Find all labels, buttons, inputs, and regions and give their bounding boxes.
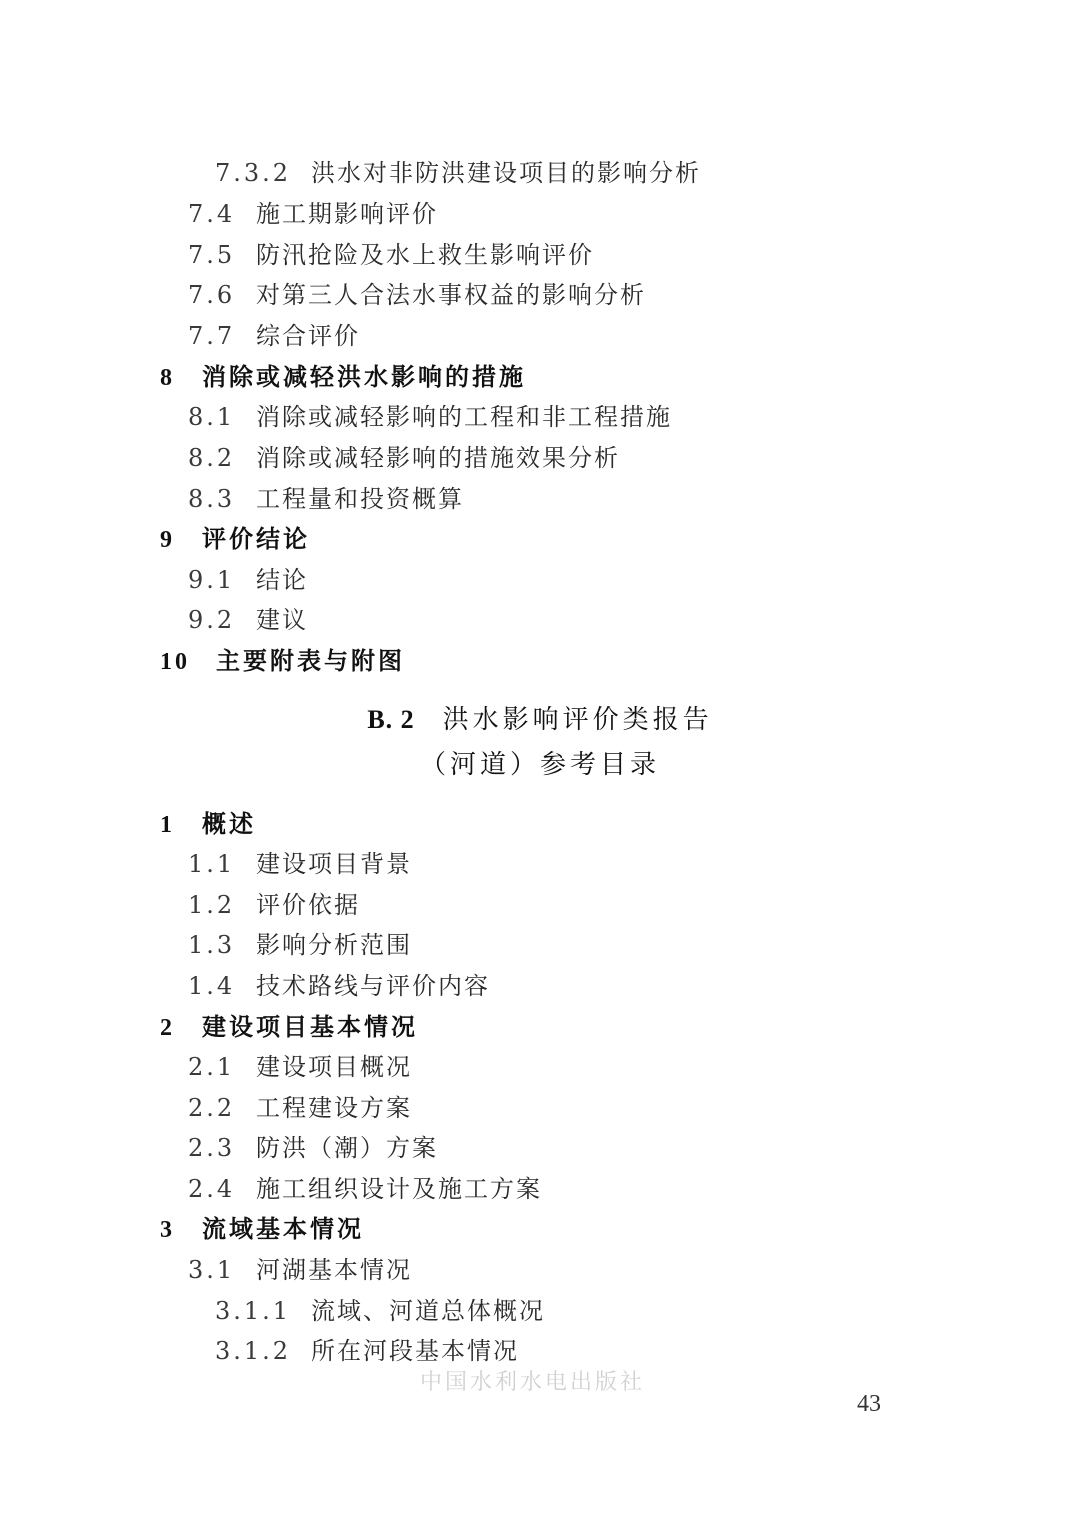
toc-number: 1: [160, 810, 202, 840]
toc-number: 2.1: [188, 1052, 256, 1082]
toc-chapter: 8消除或减轻洪水影响的措施: [160, 362, 526, 393]
toc-entry: 9.1结论: [188, 565, 308, 595]
toc-entry: 8.2消除或减轻影响的措施效果分析: [188, 443, 620, 473]
toc-entry: 1.2评价依据: [188, 890, 360, 920]
toc-text: 施工组织设计及施工方案: [256, 1175, 542, 1203]
publisher-watermark: 中国水利水电出版社: [420, 1365, 645, 1396]
toc-text: 流域基本情况: [202, 1215, 364, 1243]
toc-entry: 3.1.2所在河段基本情况: [215, 1336, 519, 1366]
toc-entry: 9.2建议: [188, 605, 308, 635]
toc-entry: 3.1河湖基本情况: [188, 1255, 412, 1285]
toc-entry: 7.5防汛抢险及水上救生影响评价: [188, 240, 594, 270]
toc-number: 8.1: [188, 402, 256, 432]
toc-entry: 7.6对第三人合法水事权益的影响分析: [188, 280, 646, 310]
toc-number: 2.3: [188, 1133, 256, 1163]
toc-entry: 8.3工程量和投资概算: [188, 484, 464, 514]
toc-entry: 2.3防洪（潮）方案: [188, 1133, 438, 1163]
toc-text: 建设项目基本情况: [202, 1013, 418, 1041]
toc-text: 综合评价: [256, 322, 360, 350]
section-label: B. 2: [367, 705, 414, 734]
toc-entry: 1.3影响分析范围: [188, 930, 412, 960]
toc-entry: 1.4技术路线与评价内容: [188, 971, 490, 1001]
toc-text: 建设项目背景: [256, 850, 412, 878]
toc-text: 概述: [202, 810, 256, 838]
toc-entry: 3.1.1流域、河道总体概况: [215, 1296, 545, 1326]
toc-text: 所在河段基本情况: [311, 1337, 519, 1365]
toc-text: 防汛抢险及水上救生影响评价: [256, 241, 594, 269]
toc-number: 2.4: [188, 1174, 256, 1204]
toc-chapter: 2建设项目基本情况: [160, 1012, 418, 1043]
toc-text: 工程量和投资概算: [256, 485, 464, 513]
toc-text: 建设项目概况: [256, 1053, 412, 1081]
toc-number: 10: [160, 647, 216, 677]
section-title-line2: （河道）参考目录: [0, 748, 1080, 782]
toc-text: 工程建设方案: [256, 1094, 412, 1122]
toc-text: 评价结论: [202, 525, 310, 553]
section-title-line1: B. 2洪水影响评价类报告: [0, 703, 1080, 737]
toc-number: 1.2: [188, 890, 256, 920]
toc-number: 2.2: [188, 1093, 256, 1123]
toc-number: 1.3: [188, 930, 256, 960]
toc-entry: 1.1建设项目背景: [188, 849, 412, 879]
toc-entry: 7.3.2洪水对非防洪建设项目的影响分析: [215, 158, 701, 188]
toc-text: 技术路线与评价内容: [256, 972, 490, 1000]
toc-text: 主要附表与附图: [216, 647, 405, 675]
toc-number: 3.1: [188, 1255, 256, 1285]
toc-entry: 7.7综合评价: [188, 321, 360, 351]
toc-text: 消除或减轻洪水影响的措施: [202, 363, 526, 391]
toc-text: 评价依据: [256, 891, 360, 919]
toc-number: 8: [160, 363, 202, 393]
toc-number: 1.1: [188, 849, 256, 879]
section-title-text: 洪水影响评价类报告: [443, 705, 713, 735]
toc-number: 3.1.2: [215, 1336, 311, 1366]
toc-entry: 2.1建设项目概况: [188, 1052, 412, 1082]
toc-number: 7.4: [188, 199, 256, 229]
toc-entry: 7.4施工期影响评价: [188, 199, 438, 229]
toc-number: 1.4: [188, 971, 256, 1001]
toc-chapter: 9评价结论: [160, 524, 310, 555]
toc-chapter: 10主要附表与附图: [160, 646, 405, 677]
toc-entry: 8.1消除或减轻影响的工程和非工程措施: [188, 402, 672, 432]
toc-text: 消除或减轻影响的措施效果分析: [256, 444, 620, 472]
toc-text: 洪水对非防洪建设项目的影响分析: [311, 159, 701, 187]
toc-number: 9: [160, 525, 202, 555]
toc-entry: 2.4施工组织设计及施工方案: [188, 1174, 542, 1204]
page-number: 43: [857, 1391, 881, 1418]
toc-number: 3: [160, 1215, 202, 1245]
toc-number: 3.1.1: [215, 1296, 311, 1326]
toc-number: 7.3.2: [215, 158, 311, 188]
toc-chapter: 3流域基本情况: [160, 1214, 364, 1245]
toc-number: 2: [160, 1013, 202, 1043]
toc-text: 河湖基本情况: [256, 1256, 412, 1284]
toc-text: 防洪（潮）方案: [256, 1134, 438, 1162]
toc-number: 7.7: [188, 321, 256, 351]
toc-chapter: 1概述: [160, 809, 256, 840]
toc-number: 8.2: [188, 443, 256, 473]
toc-number: 8.3: [188, 484, 256, 514]
toc-text: 结论: [256, 566, 308, 594]
toc-number: 9.2: [188, 605, 256, 635]
toc-number: 7.6: [188, 280, 256, 310]
toc-text: 消除或减轻影响的工程和非工程措施: [256, 403, 672, 431]
toc-entry: 2.2工程建设方案: [188, 1093, 412, 1123]
toc-number: 7.5: [188, 240, 256, 270]
toc-text: 流域、河道总体概况: [311, 1297, 545, 1325]
toc-text: 施工期影响评价: [256, 200, 438, 228]
toc-text: 建议: [256, 606, 308, 634]
toc-number: 9.1: [188, 565, 256, 595]
toc-text: 影响分析范围: [256, 931, 412, 959]
toc-text: 对第三人合法水事权益的影响分析: [256, 281, 646, 309]
